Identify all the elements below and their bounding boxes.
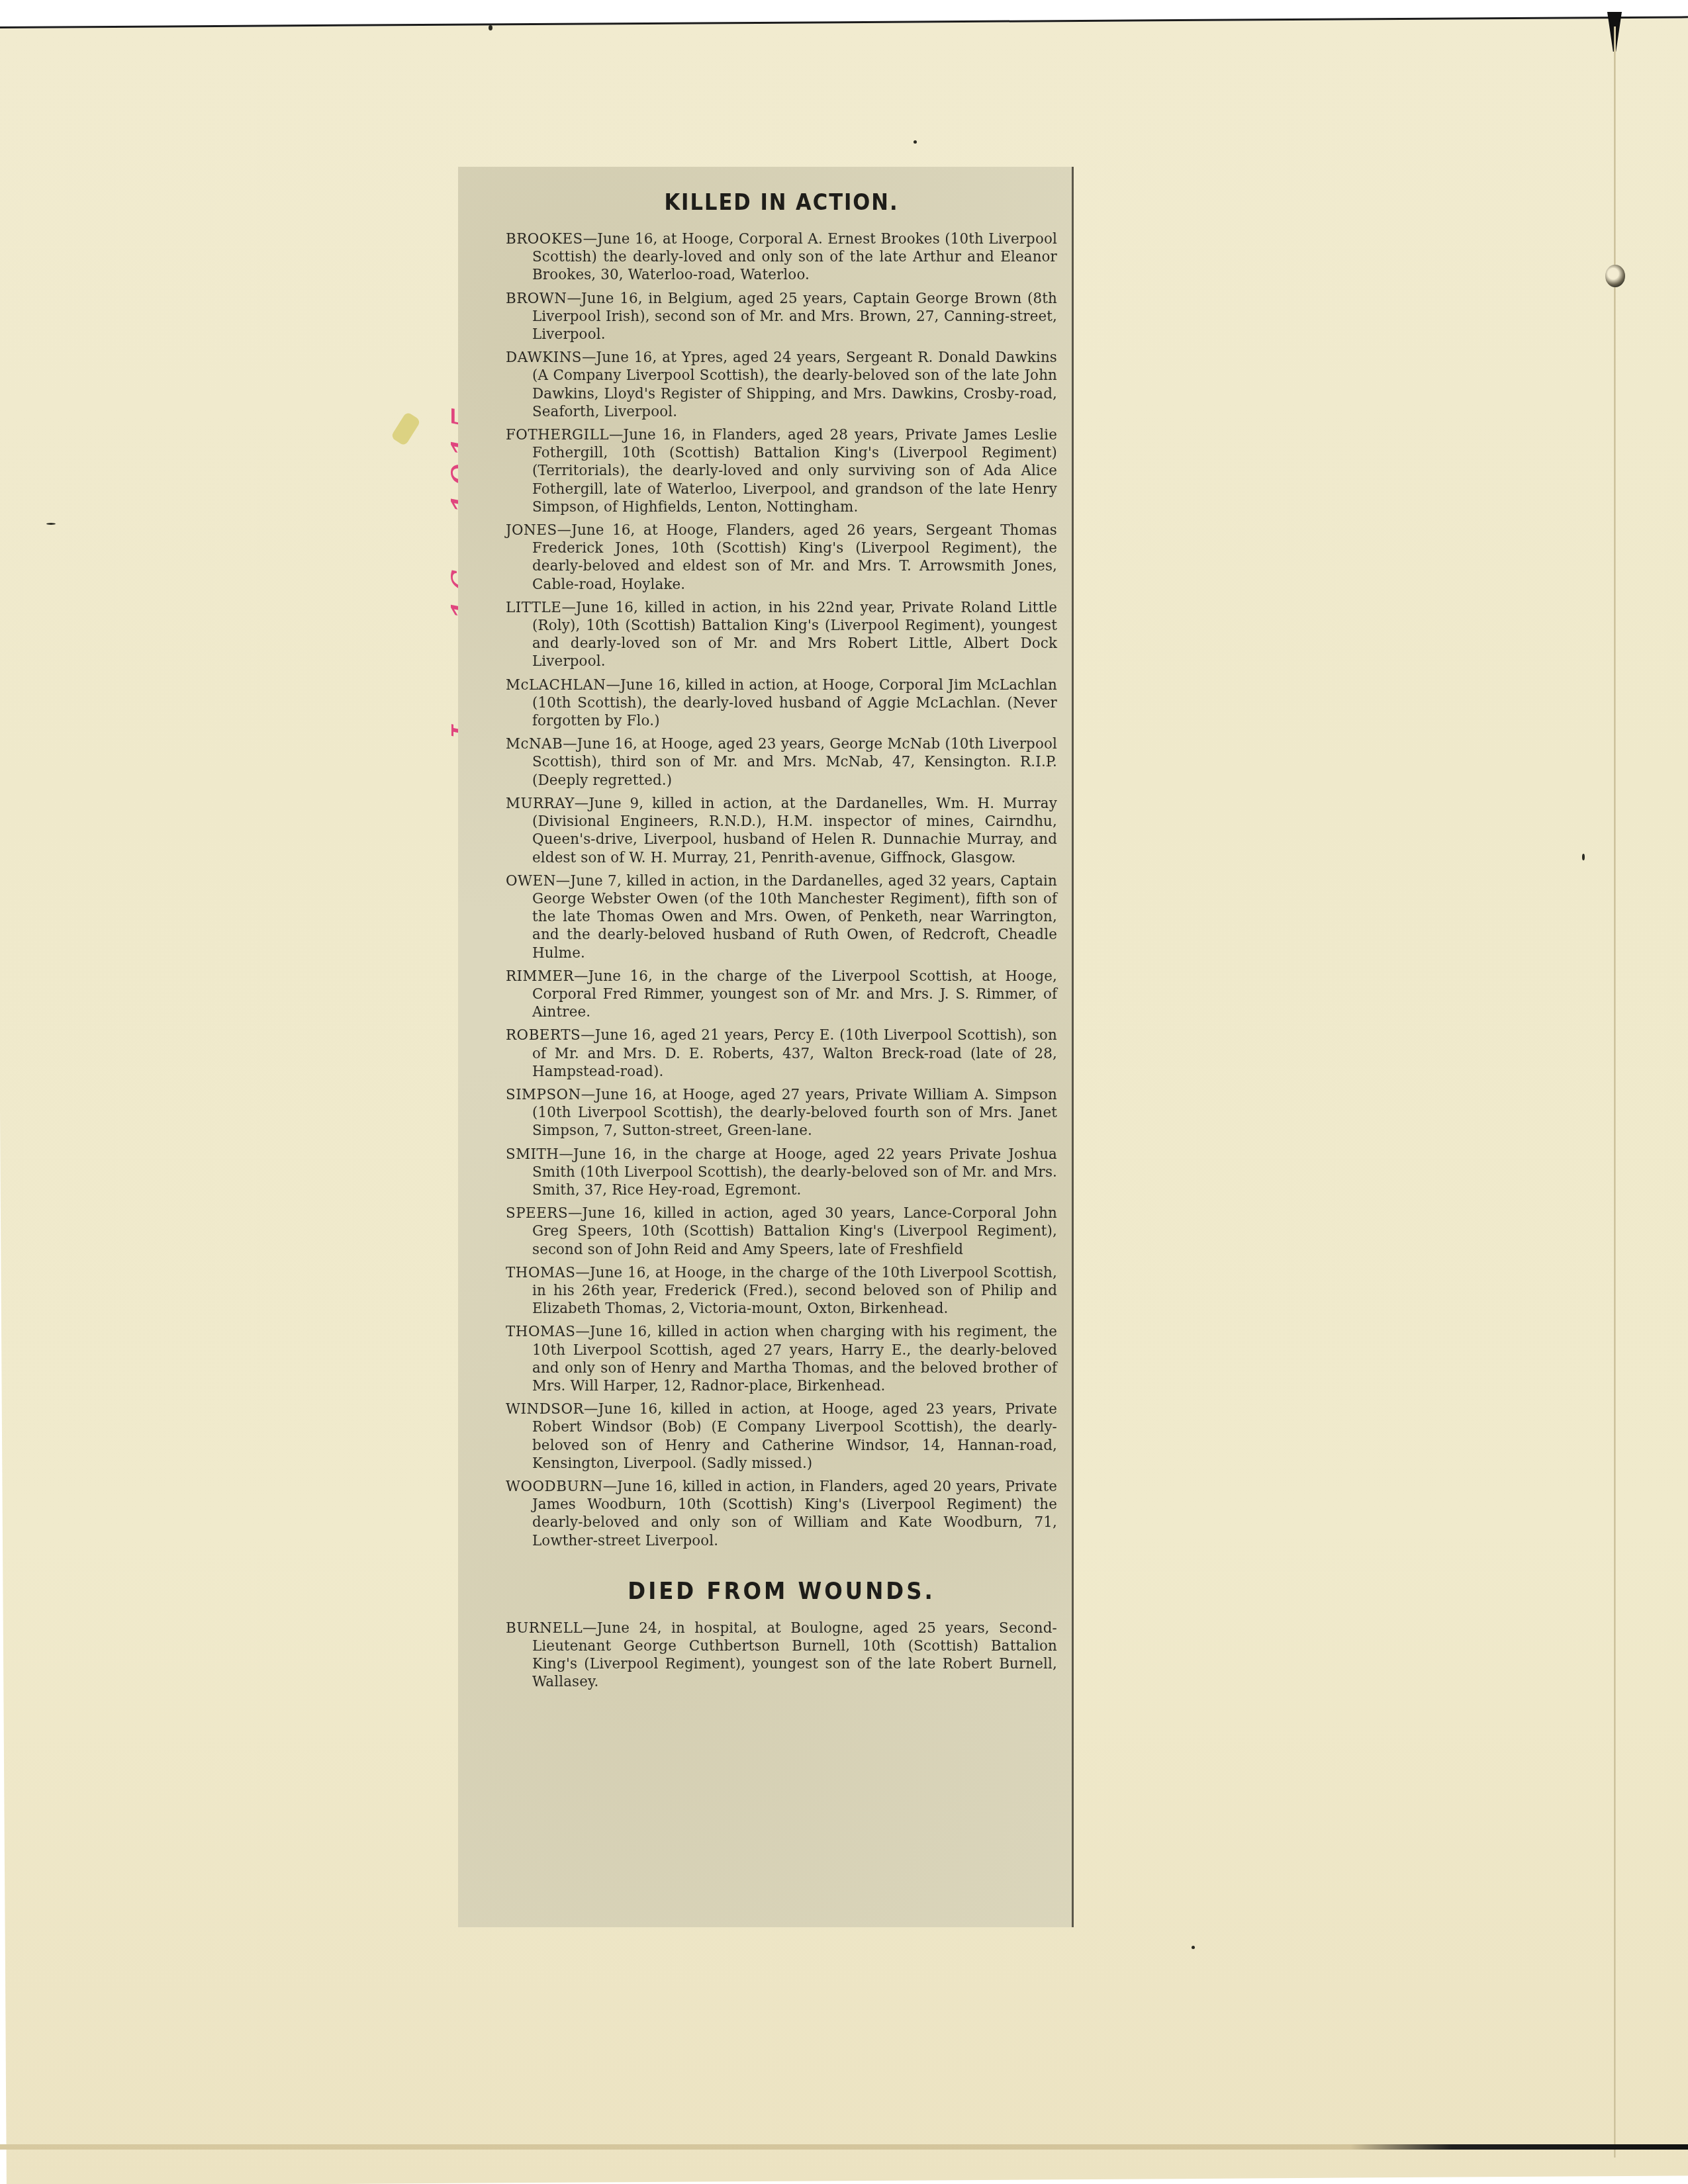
page-fold	[1614, 26, 1616, 2158]
notice-surname: THOMAS	[506, 1265, 575, 1281]
newspaper-clipping: KILLED IN ACTION. BROOKES—June 16, at Ho…	[458, 167, 1074, 1927]
death-notice: JONES—June 16, at Hooge, Flanders, aged …	[506, 522, 1057, 594]
death-notice: RIMMER—June 16, in the charge of the Liv…	[506, 968, 1057, 1022]
notice-surname: McLACHLAN	[506, 677, 606, 694]
notice-surname: BROOKES	[506, 231, 583, 248]
notice-text: —June 16, at Ypres, aged 24 years, Serge…	[532, 349, 1057, 420]
notice-text: —June 16, killed in action, at Hooge, Co…	[532, 677, 1057, 729]
death-notice: LITTLE—June 16, killed in action, in his…	[506, 599, 1057, 671]
section-killed-in-action: KILLED IN ACTION. BROOKES—June 16, at Ho…	[506, 189, 1057, 1550]
speck	[914, 140, 917, 144]
death-notice: SMITH—June 16, in the charge at Hooge, a…	[506, 1146, 1057, 1200]
section-title: DIED FROM WOUNDS.	[506, 1578, 1057, 1605]
speck	[46, 523, 56, 525]
notice-text: —June 16, killed in action, in his 22nd …	[532, 600, 1057, 670]
notice-surname: FOTHERGILL	[506, 427, 609, 443]
death-notice: SPEERS—June 16, killed in action, aged 3…	[506, 1205, 1057, 1259]
notice-text: —June 24, in hospital, at Boulogne, aged…	[532, 1620, 1057, 1691]
notice-text: —June 16, at Hooge, in the charge of the…	[532, 1265, 1057, 1317]
notice-text: —June 16, at Hooge, aged 23 years, Georg…	[532, 736, 1057, 788]
notice-text: —June 16, at Hooge, Flanders, aged 26 ye…	[532, 522, 1057, 593]
section-title: KILLED IN ACTION.	[506, 189, 1057, 216]
speck	[1192, 1946, 1195, 1949]
notice-surname: THOMAS	[506, 1324, 575, 1340]
notice-surname: LITTLE	[506, 600, 561, 616]
notice-surname: MURRAY	[506, 796, 575, 812]
scanned-document: June 16 - 1915 KILLED IN ACTION. BROOKES…	[0, 0, 1688, 2184]
notice-surname: BURNELL	[506, 1620, 583, 1637]
death-notice: WINDSOR—June 16, killed in action, at Ho…	[506, 1400, 1057, 1473]
death-notice: McLACHLAN—June 16, killed in action, at …	[506, 676, 1057, 731]
notice-text: —June 16, in the charge at Hooge, aged 2…	[532, 1146, 1057, 1199]
death-notice: BROWN—June 16, in Belgium, aged 25 years…	[506, 290, 1057, 344]
notice-surname: OWEN	[506, 873, 556, 889]
notice-text: —June 7, killed in action, in the Dardan…	[532, 873, 1057, 962]
notice-text: —June 16, at Hooge, Corporal A. Ernest B…	[532, 231, 1057, 283]
death-notice: McNAB—June 16, at Hooge, aged 23 years, …	[506, 735, 1057, 790]
speck	[489, 25, 492, 30]
notice-surname: SMITH	[506, 1146, 559, 1163]
notice-text: —June 16, killed in action, at Hooge, ag…	[532, 1401, 1057, 1472]
notice-surname: JONES	[506, 522, 557, 539]
notice-surname: BROWN	[506, 291, 567, 307]
notice-text: —June 16, in Flanders, aged 28 years, Pr…	[532, 427, 1057, 516]
notice-list: BURNELL—June 24, in hospital, at Boulogn…	[506, 1619, 1057, 1692]
section-died-from-wounds: DIED FROM WOUNDS. BURNELL—June 24, in ho…	[506, 1578, 1057, 1692]
binding-hole	[1605, 265, 1625, 287]
notice-list: BROOKES—June 16, at Hooge, Corporal A. E…	[506, 230, 1057, 1550]
notice-surname: SIMPSON	[506, 1087, 581, 1103]
notice-surname: ROBERTS	[506, 1027, 581, 1044]
death-notice: MURRAY—June 9, killed in action, at the …	[506, 795, 1057, 867]
death-notice: SIMPSON—June 16, at Hooge, aged 27 years…	[506, 1086, 1057, 1140]
death-notice: FOTHERGILL—June 16, in Flanders, aged 28…	[506, 426, 1057, 516]
notice-text: —June 16, at Hooge, aged 27 years, Priva…	[532, 1087, 1057, 1139]
notice-surname: DAWKINS	[506, 349, 582, 366]
notice-text: —June 16, aged 21 years, Percy E. (10th …	[532, 1027, 1057, 1079]
death-notice: BURNELL—June 24, in hospital, at Boulogn…	[506, 1619, 1057, 1692]
notice-text: —June 16, killed in action, aged 30 year…	[532, 1205, 1057, 1257]
notice-surname: RIMMER	[506, 968, 574, 985]
notice-surname: WOODBURN	[506, 1479, 603, 1495]
notice-text: —June 9, killed in action, at the Dardan…	[532, 796, 1057, 866]
notice-text: —June 16, in the charge of the Liverpool…	[532, 968, 1057, 1021]
death-notice: THOMAS—June 16, killed in action when ch…	[506, 1323, 1057, 1395]
notice-text: —June 16, killed in action when charging…	[532, 1324, 1057, 1394]
death-notice: DAWKINS—June 16, at Ypres, aged 24 years…	[506, 349, 1057, 421]
notice-surname: SPEERS	[506, 1205, 568, 1222]
death-notice: THOMAS—June 16, at Hooge, in the charge …	[506, 1264, 1057, 1318]
notice-text: —June 16, killed in action, in Flanders,…	[532, 1479, 1057, 1549]
death-notice: BROOKES—June 16, at Hooge, Corporal A. E…	[506, 230, 1057, 285]
death-notice: OWEN—June 7, killed in action, in the Da…	[506, 872, 1057, 962]
notice-text: —June 16, in Belgium, aged 25 years, Cap…	[532, 291, 1057, 343]
notice-surname: WINDSOR	[506, 1401, 584, 1418]
notice-surname: McNAB	[506, 736, 563, 752]
death-notice: WOODBURN—June 16, killed in action, in F…	[506, 1478, 1057, 1550]
page-bottom-edge	[0, 2144, 1688, 2150]
death-notice: ROBERTS—June 16, aged 21 years, Percy E.…	[506, 1026, 1057, 1081]
speck	[1582, 854, 1585, 860]
